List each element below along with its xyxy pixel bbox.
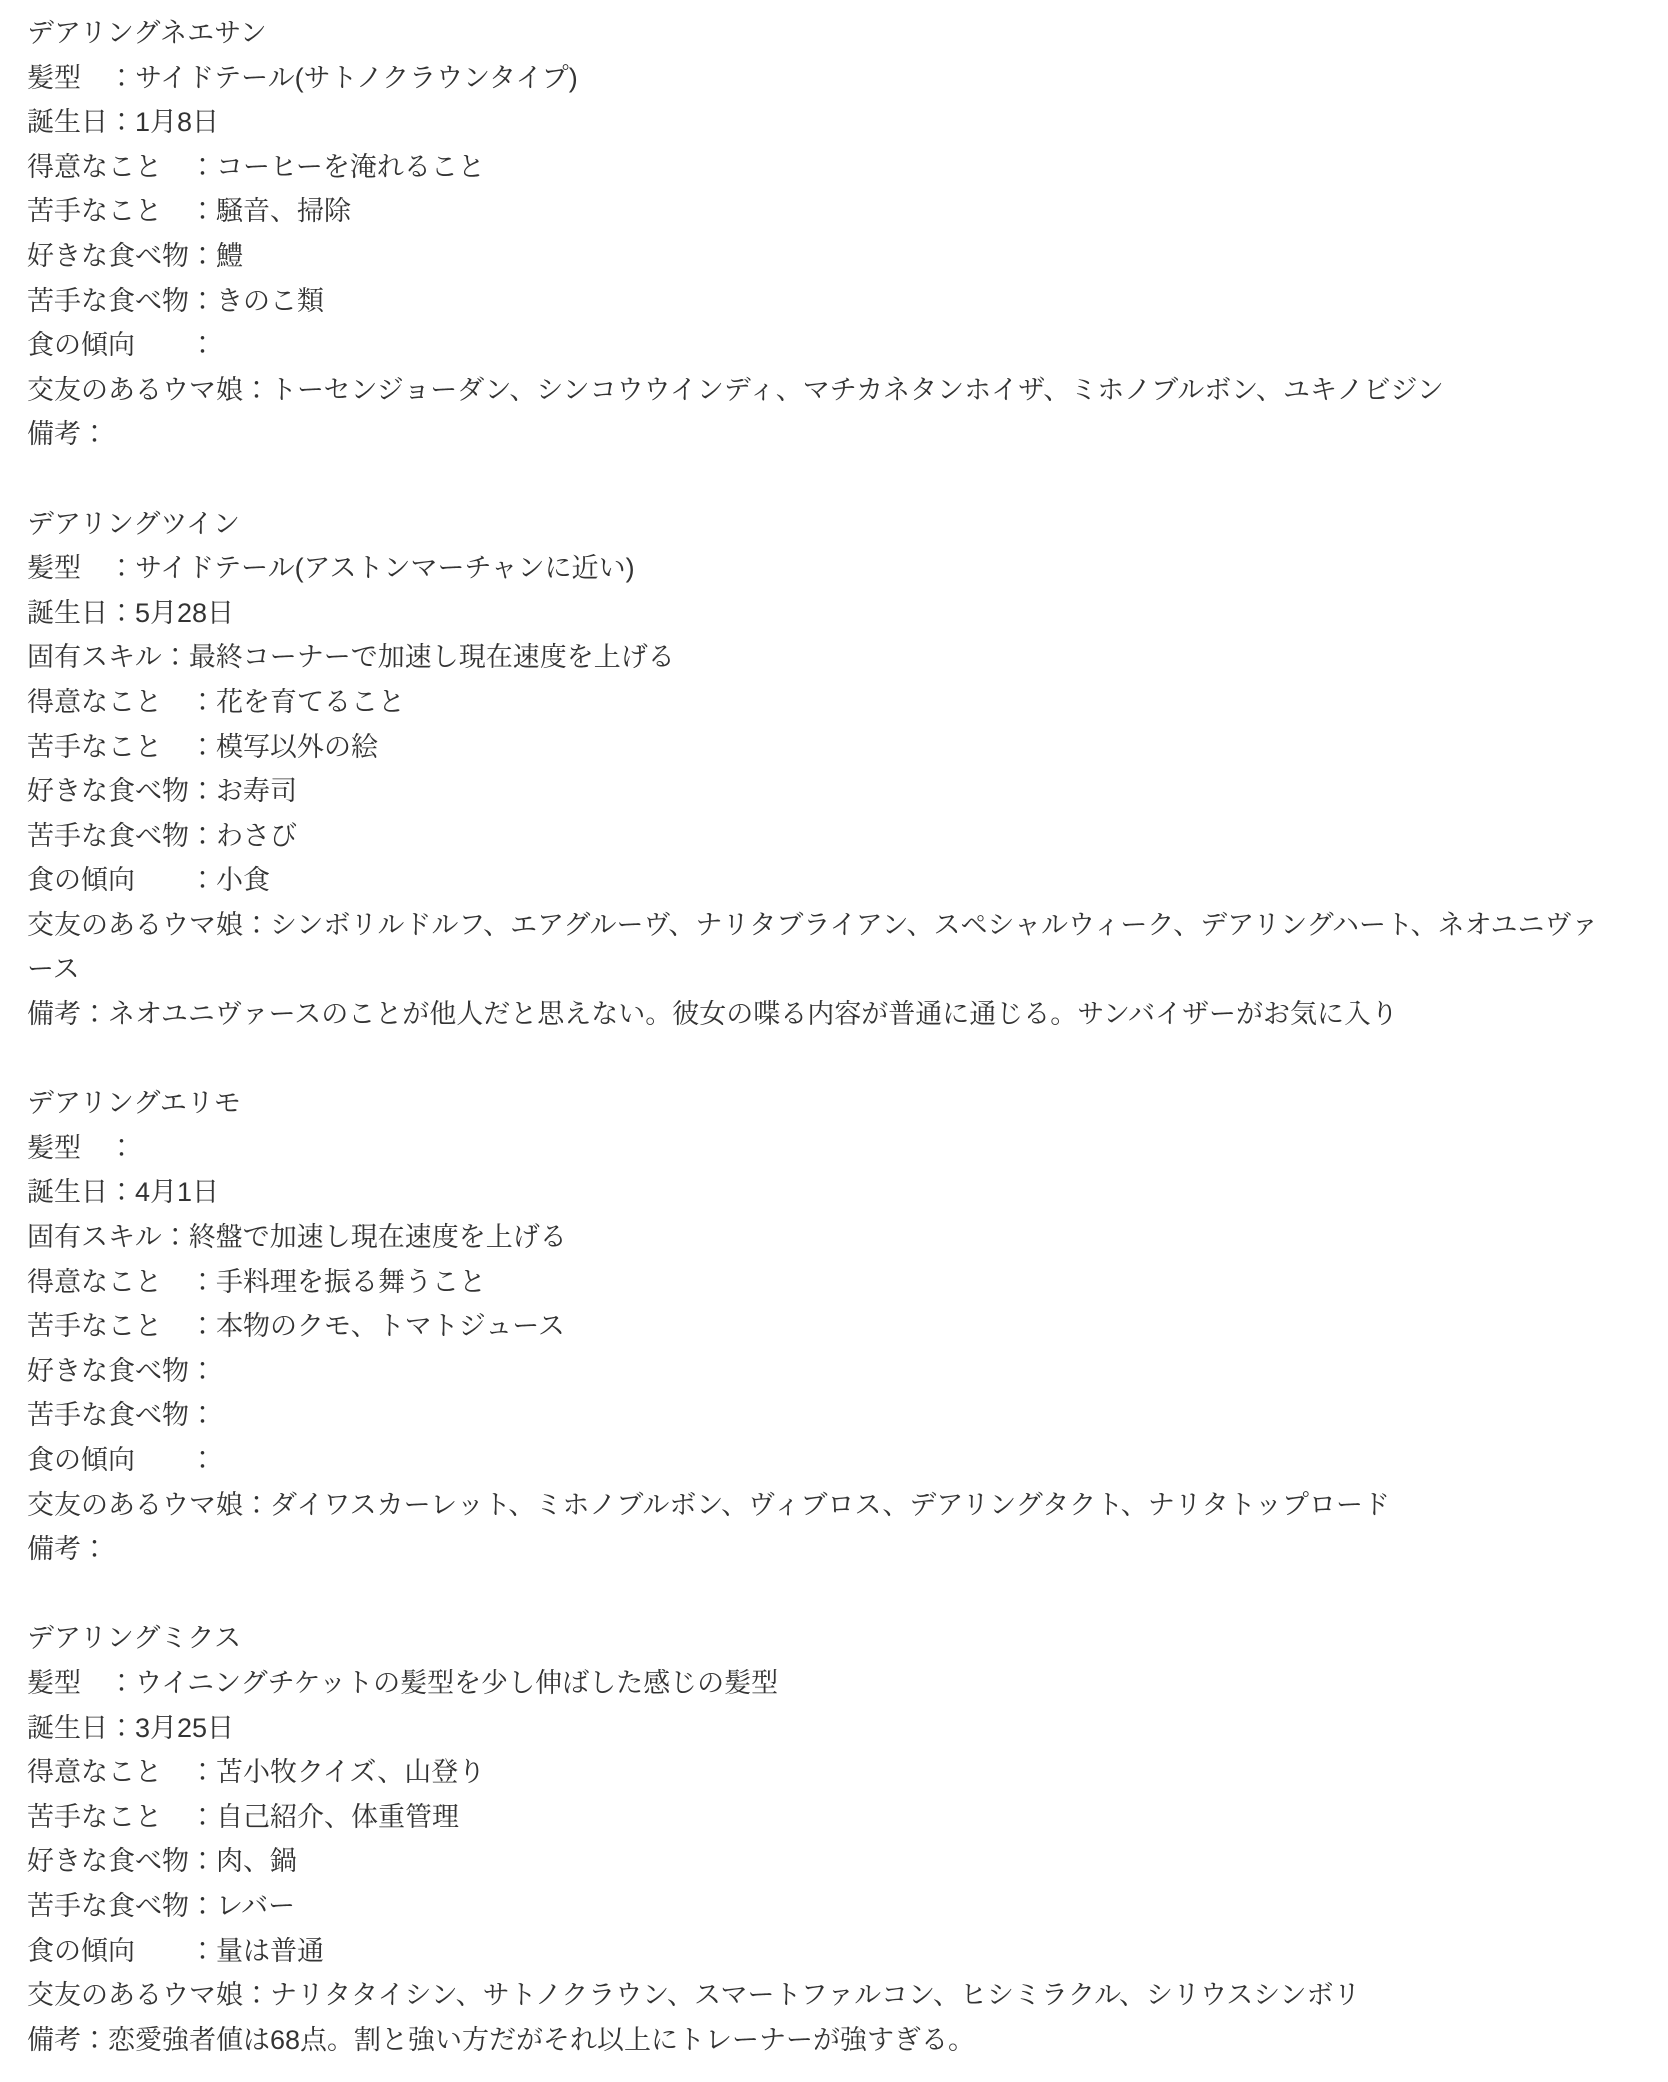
profile-line: 交友のあるウマ娘：ナリタタイシン、サトノクラウン、スマートファルコン、ヒシミラク…	[27, 1973, 1612, 2018]
profile-line: 苦手な食べ物：	[27, 1393, 1612, 1438]
profile-line: 苦手なこと ：本物のクモ、トマトジュース	[27, 1304, 1612, 1349]
profile-line: 髪型 ：サイドテール(アストンマーチャンに近い)	[27, 546, 1612, 591]
profile-line: 好きな食べ物：お寿司	[27, 769, 1612, 814]
profile-line: 好きな食べ物：肉、鍋	[27, 1839, 1612, 1884]
profile-line: 誕生日：4月1日	[27, 1170, 1612, 1215]
profile-line: 備考：	[27, 412, 1612, 457]
profile-line: 苦手な食べ物：レバー	[27, 1884, 1612, 1929]
profile-line: 苦手なこと ：模写以外の絵	[27, 725, 1612, 770]
profile-section: デアリングツイン髪型 ：サイドテール(アストンマーチャンに近い)誕生日：5月28…	[27, 502, 1612, 1037]
profile-line: 誕生日：5月28日	[27, 591, 1612, 636]
profile-line: 食の傾向 ：小食	[27, 858, 1612, 903]
profile-name: デアリングエリモ	[27, 1081, 1612, 1126]
profile-line: 固有スキル：終盤で加速し現在速度を上げる	[27, 1215, 1612, 1260]
profile-line: 得意なこと ：手料理を振る舞うこと	[27, 1260, 1612, 1305]
profile-name: デアリングツイン	[27, 502, 1612, 547]
profile-line: 食の傾向 ：量は普通	[27, 1929, 1612, 1974]
profile-section: デアリングエリモ髪型 ：誕生日：4月1日固有スキル：終盤で加速し現在速度を上げる…	[27, 1081, 1612, 1572]
profile-line: 交友のあるウマ娘：ダイワスカーレット、ミホノブルボン、ヴィブロス、デアリングタク…	[27, 1483, 1612, 1528]
profile-section: デアリングネエサン髪型 ：サイドテール(サトノクラウンタイプ)誕生日：1月8日得…	[27, 11, 1612, 457]
profile-line: 苦手な食べ物：きのこ類	[27, 279, 1612, 324]
profile-name: デアリングネエサン	[27, 11, 1612, 56]
profile-line: 苦手な食べ物：わさび	[27, 814, 1612, 859]
profile-line: 得意なこと ：花を育てること	[27, 680, 1612, 725]
profile-section: デアリングミクス髪型 ：ウイニングチケットの髪型を少し伸ばした感じの髪型誕生日：…	[27, 1616, 1612, 2062]
profile-line: 交友のあるウマ娘：トーセンジョーダン、シンコウウインディ、マチカネタンホイザ、ミ…	[27, 368, 1612, 413]
profile-line: 髪型 ：	[27, 1126, 1612, 1171]
profile-line: 備考：	[27, 1527, 1612, 1572]
profile-line: 固有スキル：最終コーナーで加速し現在速度を上げる	[27, 635, 1612, 680]
profile-line: 髪型 ：ウイニングチケットの髪型を少し伸ばした感じの髪型	[27, 1661, 1612, 1706]
profile-line: 食の傾向 ：	[27, 1438, 1612, 1483]
profile-line: 得意なこと ：苫小牧クイズ、山登り	[27, 1750, 1612, 1795]
profile-line: 苦手なこと ：自己紹介、体重管理	[27, 1795, 1612, 1840]
profile-line: 交友のあるウマ娘：シンボリルドルフ、エアグルーヴ、ナリタブライアン、スペシャルウ…	[27, 903, 1612, 992]
profile-name: デアリングミクス	[27, 1616, 1612, 1661]
profile-line: 誕生日：1月8日	[27, 100, 1612, 145]
profile-line: 備考：ネオユニヴァースのことが他人だと思えない。彼女の喋る内容が普通に通じる。サ…	[27, 992, 1612, 1037]
profile-line: 髪型 ：サイドテール(サトノクラウンタイプ)	[27, 56, 1612, 101]
profile-line: 好きな食べ物：鱧	[27, 234, 1612, 279]
document: デアリングネエサン髪型 ：サイドテール(サトノクラウンタイプ)誕生日：1月8日得…	[0, 0, 1612, 2082]
profile-line: 食の傾向 ：	[27, 323, 1612, 368]
profile-line: 得意なこと ：コーヒーを淹れること	[27, 145, 1612, 190]
profile-line: 備考：恋愛強者値は68点。割と強い方だがそれ以上にトレーナーが強すぎる。	[27, 2018, 1612, 2063]
profile-line: 苦手なこと ：騒音、掃除	[27, 189, 1612, 234]
profile-line: 誕生日：3月25日	[27, 1706, 1612, 1751]
profile-line: 好きな食べ物：	[27, 1349, 1612, 1394]
